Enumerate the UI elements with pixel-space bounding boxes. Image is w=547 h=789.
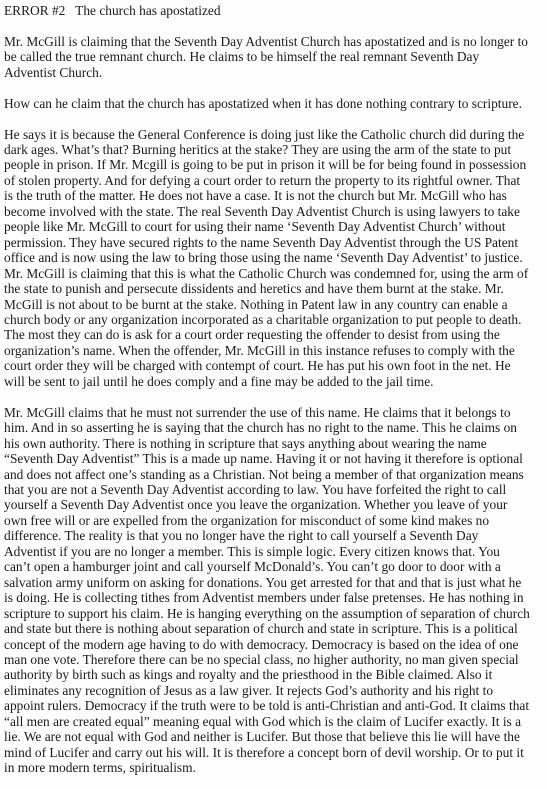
text-line: and state but there is nothing about sep… bbox=[4, 621, 547, 636]
text-line: court order they will be charged with co… bbox=[4, 358, 547, 373]
text-line: and does not affect one’s standing as a … bbox=[4, 467, 547, 482]
paragraph-question: How can he claim that the church has apo… bbox=[4, 96, 547, 111]
text-line: “Seventh Day Adventist” This is a made u… bbox=[4, 451, 547, 466]
text-line: “all men are created equal” meaning equa… bbox=[4, 714, 547, 729]
text-line: man one vote. Therefore there can be no … bbox=[4, 652, 547, 667]
text-line: Adventist if you are no longer a member.… bbox=[4, 544, 547, 559]
document-page: ERROR #2 The church has apostatized Mr. … bbox=[0, 0, 547, 789]
text-line: in more modern terms, spiritualism. bbox=[4, 760, 547, 775]
text-line: office and is now using the law to bring… bbox=[4, 250, 547, 265]
paragraph-intro-claim: Mr. McGill is claiming that the Seventh … bbox=[4, 34, 547, 80]
text-line: scripture to support his claim. He is ha… bbox=[4, 606, 547, 621]
text-line: lie. We are not equal with God and neith… bbox=[4, 729, 547, 744]
text-line: How can he claim that the church has apo… bbox=[4, 96, 547, 111]
text-line: church body or any organization incorpor… bbox=[4, 312, 547, 327]
text-line: his own authority. There is nothing in s… bbox=[4, 436, 547, 451]
text-line: be called the true remnant church. He cl… bbox=[4, 49, 547, 64]
text-line: difference. The reality is that you no l… bbox=[4, 528, 547, 543]
text-line: The most they can do is ask for a court … bbox=[4, 327, 547, 342]
text-line: eliminates any recognition of Jesus as a… bbox=[4, 683, 547, 698]
text-line: people in prison. If Mr. Mcgill is going… bbox=[4, 157, 547, 172]
text-line: will be sent to jail until he does compl… bbox=[4, 374, 547, 389]
text-line: is doing. He is collecting tithes from A… bbox=[4, 590, 547, 605]
text-line: the state to punish and persecute dissid… bbox=[4, 281, 547, 296]
text-line: become involved with the state. The real… bbox=[4, 204, 547, 219]
paragraph-general-conference: He says it is because the General Confer… bbox=[4, 127, 547, 390]
text-line: is the truth of the matter. He does not … bbox=[4, 188, 547, 203]
text-line: salvation army uniform on asking for don… bbox=[4, 575, 547, 590]
text-line: organization’s name. When the offender, … bbox=[4, 343, 547, 358]
text-line: He says it is because the General Confer… bbox=[4, 127, 547, 142]
text-line: Mr. McGill claims that he must not surre… bbox=[4, 405, 547, 420]
text-line: that you are not a Seventh Day Adventist… bbox=[4, 482, 547, 497]
text-line: yourself a Seventh Day Adventist once yo… bbox=[4, 497, 547, 512]
text-line: concept of the modern age having to do w… bbox=[4, 637, 547, 652]
text-line: people like Mr. McGill to court for usin… bbox=[4, 219, 547, 234]
paragraph-name-claim: Mr. McGill claims that he must not surre… bbox=[4, 405, 547, 776]
text-line: authority by birth such as kings and roy… bbox=[4, 667, 547, 682]
text-line: own free will or are expelled from the o… bbox=[4, 513, 547, 528]
text-line: dark ages. What’s that? Burning heritics… bbox=[4, 142, 547, 157]
text-line: of stolen property. And for defying a co… bbox=[4, 173, 547, 188]
text-line: Adventist Church. bbox=[4, 65, 547, 80]
text-line: can’t open a hamburger joint and call yo… bbox=[4, 559, 547, 574]
text-line: Mr. McGill is claiming that this is what… bbox=[4, 266, 547, 281]
text-line: mind of Lucifer and carry out his will. … bbox=[4, 745, 547, 760]
text-line: appoint rulers. Democracy if the truth w… bbox=[4, 698, 547, 713]
text-line: permission. They have secured rights to … bbox=[4, 235, 547, 250]
text-line: Mr. McGill is claiming that the Seventh … bbox=[4, 34, 547, 49]
text-line: McGill is not about to be burnt at the s… bbox=[4, 297, 547, 312]
document-title: ERROR #2 The church has apostatized bbox=[4, 3, 547, 18]
text-line: him. And in so asserting he is saying th… bbox=[4, 420, 547, 435]
